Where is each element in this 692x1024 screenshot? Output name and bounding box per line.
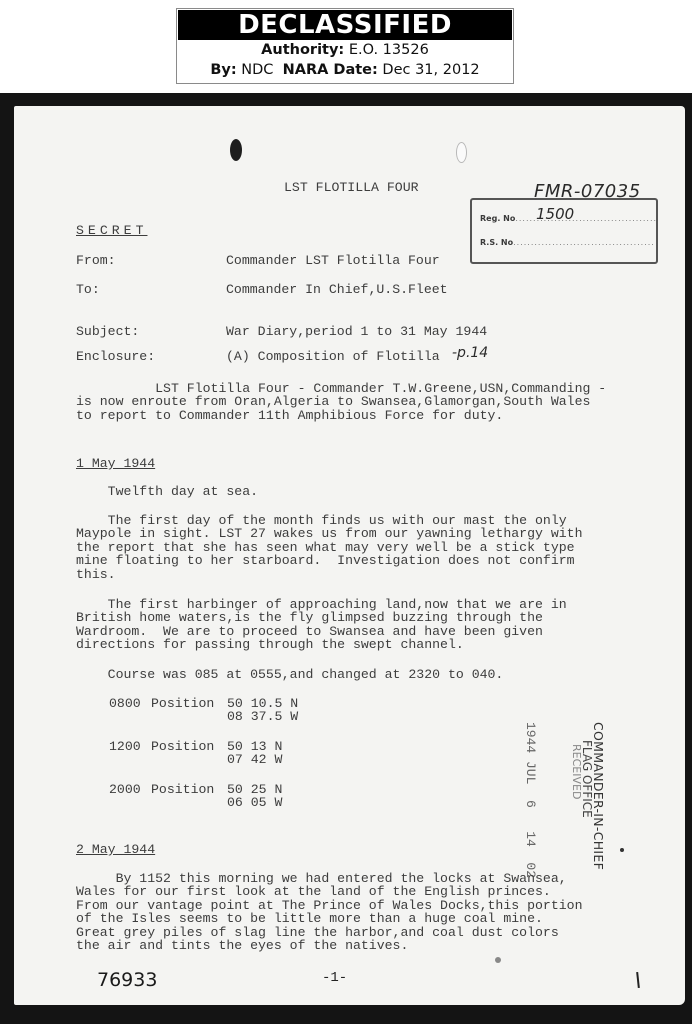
position-label: Position <box>151 740 214 753</box>
nara-date-value: Dec 31, 2012 <box>382 62 479 78</box>
position-lon: 07 42 W <box>227 753 282 766</box>
declassification-banner: DECLASSIFIED Authority: E.O. 13526 By: N… <box>176 8 514 84</box>
entry-date-heading: 2 May 1944 <box>76 843 155 856</box>
rs-no-row: R.S. No.................................… <box>480 238 655 247</box>
by-label: By: <box>210 62 236 78</box>
position-time: 2000 <box>109 783 141 796</box>
entry-paragraph: Twelfth day at sea. <box>76 485 258 498</box>
entry-date-heading: 1 May 1944 <box>76 457 155 470</box>
received-stamp-line3: RECEIVED <box>570 744 583 799</box>
authority-value: E.O. 13526 <box>349 42 429 58</box>
nara-date-label: NARA Date: <box>283 62 378 78</box>
position-label: Position <box>151 697 214 710</box>
subject-value: War Diary,period 1 to 31 May 1944 <box>226 325 487 338</box>
stamp-dot <box>620 848 624 852</box>
to-label: To: <box>76 283 100 296</box>
enclosure-label: Enclosure: <box>76 350 155 363</box>
position-lon: 06 05 W <box>227 796 282 809</box>
page-number: -1- <box>322 972 347 985</box>
enclosure-value: (A) Composition of Flotilla <box>226 350 440 363</box>
punch-hole-icon <box>230 139 242 161</box>
to-value: Commander In Chief,U.S.Fleet <box>226 283 448 296</box>
from-label: From: <box>76 254 116 267</box>
entry-paragraph: Course was 085 at 0555,and changed at 23… <box>76 668 503 681</box>
by-value: NDC <box>241 62 273 78</box>
reg-no-value: 1500 <box>536 205 574 223</box>
position-time: 0800 <box>109 697 141 710</box>
nara-line: By: NDC NARA Date: Dec 31, 2012 <box>177 60 513 80</box>
from-value: Commander LST Flotilla Four <box>226 254 440 267</box>
declassified-label: DECLASSIFIED <box>178 10 512 40</box>
punch-hole-icon <box>456 142 467 163</box>
intro-paragraph: LST Flotilla Four - Commander T.W.Greene… <box>76 382 606 422</box>
rs-no-label: R.S. No <box>480 238 513 247</box>
document-title: LST FLOTILLA FOUR <box>284 181 419 194</box>
received-stamp-date: 1944 JUL 6 14 02 <box>523 722 538 878</box>
entry-paragraph: The first day of the month finds us with… <box>76 514 582 581</box>
subject-label: Subject: <box>76 325 139 338</box>
reg-no-label: Reg. No <box>480 214 515 223</box>
classification-marking: SECRET <box>76 224 147 237</box>
entry-paragraph: The first harbinger of approaching land,… <box>76 598 567 652</box>
position-label: Position <box>151 783 214 796</box>
position-time: 1200 <box>109 740 141 753</box>
authority-label: Authority: <box>261 42 344 58</box>
document-number: 76933 <box>97 969 157 991</box>
authority-line: Authority: E.O. 13526 <box>177 40 513 60</box>
enclosure-handwritten-note: -p.14 <box>452 345 488 361</box>
paper-speck <box>495 957 501 963</box>
entry-paragraph: By 1152 this morning we had entered the … <box>76 872 582 952</box>
position-lon: 08 37.5 W <box>227 710 298 723</box>
